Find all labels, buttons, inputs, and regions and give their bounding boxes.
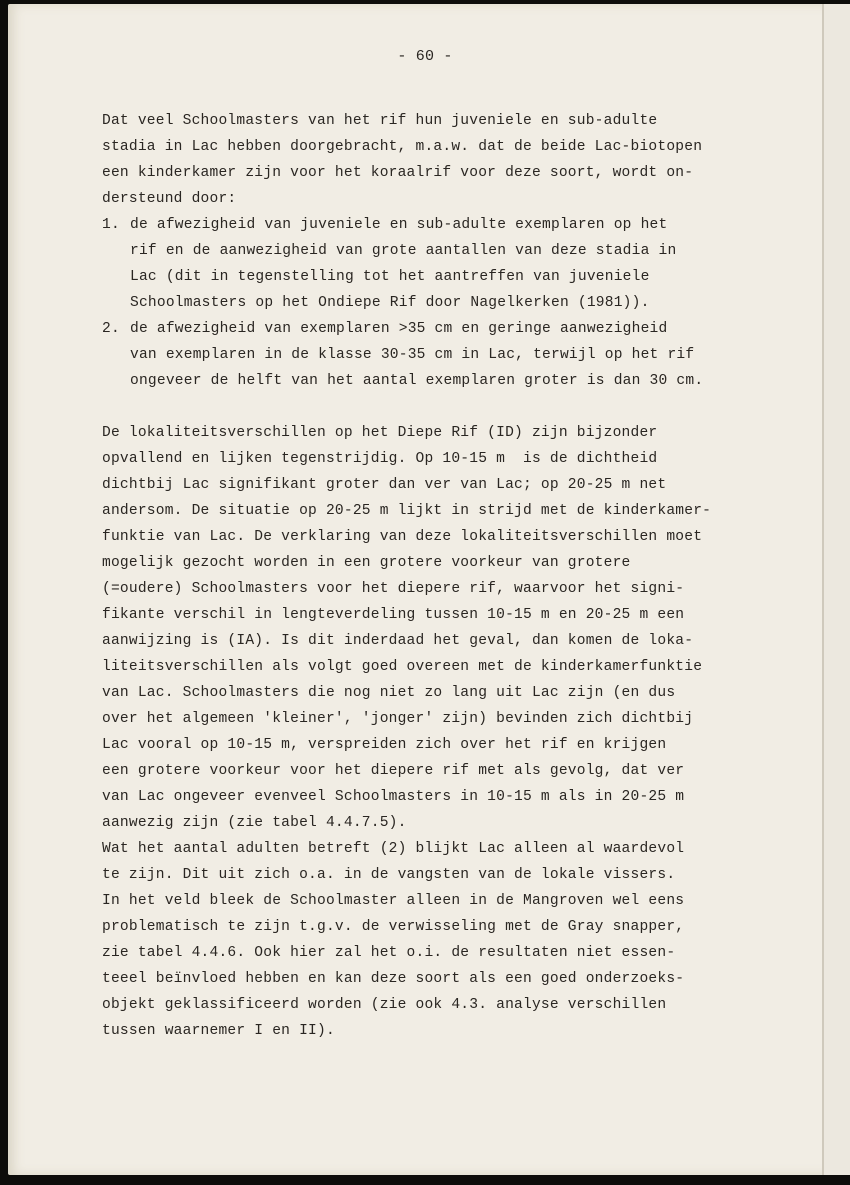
p1-line: dersteund door: (102, 190, 236, 208)
p2-line: van Lac. Schoolmasters die nog niet zo l… (102, 684, 675, 702)
p2-line: aanwijzing is (IA). Is dit inderdaad het… (102, 632, 693, 650)
list-item-number: 1. (102, 216, 120, 234)
p2-line: opvallend en lijken tegenstrijdig. Op 10… (102, 450, 657, 468)
p2-line: Lac vooral op 10-15 m, verspreiden zich … (102, 736, 666, 754)
list-item-line: de afwezigheid van exemplaren >35 cm en … (130, 320, 667, 338)
p2-line: De lokaliteitsverschillen op het Diepe R… (102, 424, 657, 442)
p2-line: andersom. De situatie op 20-25 m lijkt i… (102, 502, 711, 520)
p2-line: over het algemeen 'kleiner', 'jonger' zi… (102, 710, 693, 728)
p2-line: fikante verschil in lengteverdeling tuss… (102, 606, 684, 624)
adjacent-page-edge (824, 4, 850, 1175)
list-item-number: 2. (102, 320, 120, 338)
p2-line: te zijn. Dit uit zich o.a. in de vangste… (102, 866, 675, 884)
p2-line: problematisch te zijn t.g.v. de verwisse… (102, 918, 684, 936)
p1-line: Dat veel Schoolmasters van het rif hun j… (102, 112, 657, 130)
p2-line: teeel beïnvloed hebben en kan deze soort… (102, 970, 684, 988)
list-item-line: rif en de aanwezigheid van grote aantall… (130, 242, 676, 260)
p2-line: van Lac ongeveer evenveel Schoolmasters … (102, 788, 684, 806)
page-number: - 60 - (0, 48, 850, 65)
list-item-line: van exemplaren in de klasse 30-35 cm in … (130, 346, 694, 364)
p2-line: objekt geklassificeerd worden (zie ook 4… (102, 996, 666, 1014)
p1-line: een kinderkamer zijn voor het koraalrif … (102, 164, 693, 182)
p2-line: funktie van Lac. De verklaring van deze … (102, 528, 702, 546)
p2-line: mogelijk gezocht worden in een grotere v… (102, 554, 631, 572)
p2-line: een grotere voorkeur voor het diepere ri… (102, 762, 684, 780)
p2-line: Wat het aantal adulten betreft (2) blijk… (102, 840, 684, 858)
list-item-line: de afwezigheid van juveniele en sub-adul… (130, 216, 667, 234)
list-item-line: ongeveer de helft van het aantal exempla… (130, 372, 703, 390)
p2-line: aanwezig zijn (zie tabel 4.4.7.5). (102, 814, 407, 832)
list-item-line: Lac (dit in tegenstelling tot het aantre… (130, 268, 650, 286)
p2-line: tussen waarnemer I en II). (102, 1022, 335, 1040)
p2-line: In het veld bleek de Schoolmaster alleen… (102, 892, 684, 910)
p2-line: dichtbij Lac signifikant groter dan ver … (102, 476, 666, 494)
p1-line: stadia in Lac hebben doorgebracht, m.a.w… (102, 138, 702, 156)
p2-line: (=oudere) Schoolmasters voor het diepere… (102, 580, 684, 598)
list-item-line: Schoolmasters op het Ondiepe Rif door Na… (130, 294, 650, 312)
p2-line: zie tabel 4.4.6. Ook hier zal het o.i. d… (102, 944, 675, 962)
p2-line: liteitsverschillen als volgt goed overee… (102, 658, 702, 676)
